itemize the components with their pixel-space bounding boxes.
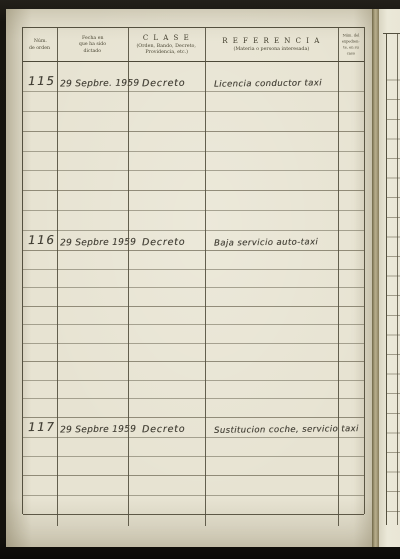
table-header-row: Núm. de orden Fecha en que ha sido dicta… [23,28,364,62]
entry-clase: Decreto [142,237,185,249]
ledger-entry-row: 11729 Sepbre 1959DecretoSustitucion coch… [23,418,364,438]
column-header-numero-orden: Núm. de orden [23,28,57,61]
header-text: Núm. [33,39,46,44]
header-text: caso [347,52,355,56]
page-fold-gutter [372,9,379,547]
ledger-entry-row: 11629 Sepbre 1959DecretoBaja servicio au… [23,231,364,251]
header-text: Núm. del [343,34,360,38]
entry-clase: Decreto [142,78,185,90]
column-divider [128,28,129,526]
header-text: Fecha en [82,35,103,40]
ledger-page: Núm. de orden Fecha en que ha sido dicta… [6,9,372,547]
entry-num: 115 [28,74,56,88]
column-header-clase: C L A S E (Orden, Bando, Decreto, Provid… [128,28,205,61]
ledger-blank-row [23,344,364,363]
entry-clase: Decreto [142,424,185,436]
ledger-blank-row [23,438,364,457]
decree-register-table: Núm. de orden Fecha en que ha sido dicta… [22,27,365,514]
header-subtitle: Providencia, etc.) [145,50,188,55]
entry-num: 116 [28,233,56,247]
header-title: R E F E R E N C I A [222,37,321,46]
header-text: dictado [84,48,102,53]
entry-referencia: Licencia conductor taxi [214,78,322,89]
next-page-row-lines [386,61,400,523]
header-text: que ha sido [79,42,106,47]
header-subtitle: (Orden, Bando, Decreto, [137,43,197,48]
ledger-blank-row [23,288,364,307]
header-text: expedien- [342,40,360,44]
header-title: C L A S E [143,34,190,43]
column-divider [205,28,206,526]
ledger-blank-row [23,191,364,211]
ledger-blank-row [23,171,364,191]
ledger-blank-row [23,362,364,381]
column-header-fecha: Fecha en que ha sido dictado [57,28,128,61]
column-divider [338,28,339,526]
ledger-blank-row [23,132,364,152]
ledger-blank-row [23,476,364,495]
next-page-edge [379,9,400,547]
entry-num: 117 [28,420,56,434]
ledger-blank-row [23,211,364,231]
ledger-blank-row [23,152,364,172]
header-text: de orden [29,45,50,50]
column-header-num-expediente: Núm. del expedien- te, en su caso [338,28,364,61]
entry-fecha: 29 Sepbre 1959 [60,238,136,249]
column-divider [57,28,58,526]
ledger-blank-row [23,399,364,418]
ledger-blank-row [23,112,364,132]
ledger-blank-row [23,92,364,112]
entry-referencia: Baja servicio auto-taxi [214,237,318,248]
ledger-blank-row [23,270,364,289]
column-header-referencia: R E F E R E N C I A (Materia o persona i… [205,28,338,61]
scanned-ledger-screenshot: Núm. de orden Fecha en que ha sido dicta… [0,0,400,559]
ledger-blank-row [23,381,364,400]
entry-fecha: 29 Sepbre 1959 [60,424,136,435]
table-body: 11529 Sepbre. 1959DecretoLicencia conduc… [23,62,364,515]
ledger-blank-row [23,307,364,326]
ledger-blank-row [23,457,364,476]
header-text: te, en su [343,46,359,50]
header-subtitle: (Materia o persona interesada) [234,46,310,51]
ledger-entry-row: 11529 Sepbre. 1959DecretoLicencia conduc… [23,62,364,92]
ledger-blank-row [23,251,364,270]
ledger-blank-row [23,325,364,344]
ledger-blank-row [23,496,364,515]
